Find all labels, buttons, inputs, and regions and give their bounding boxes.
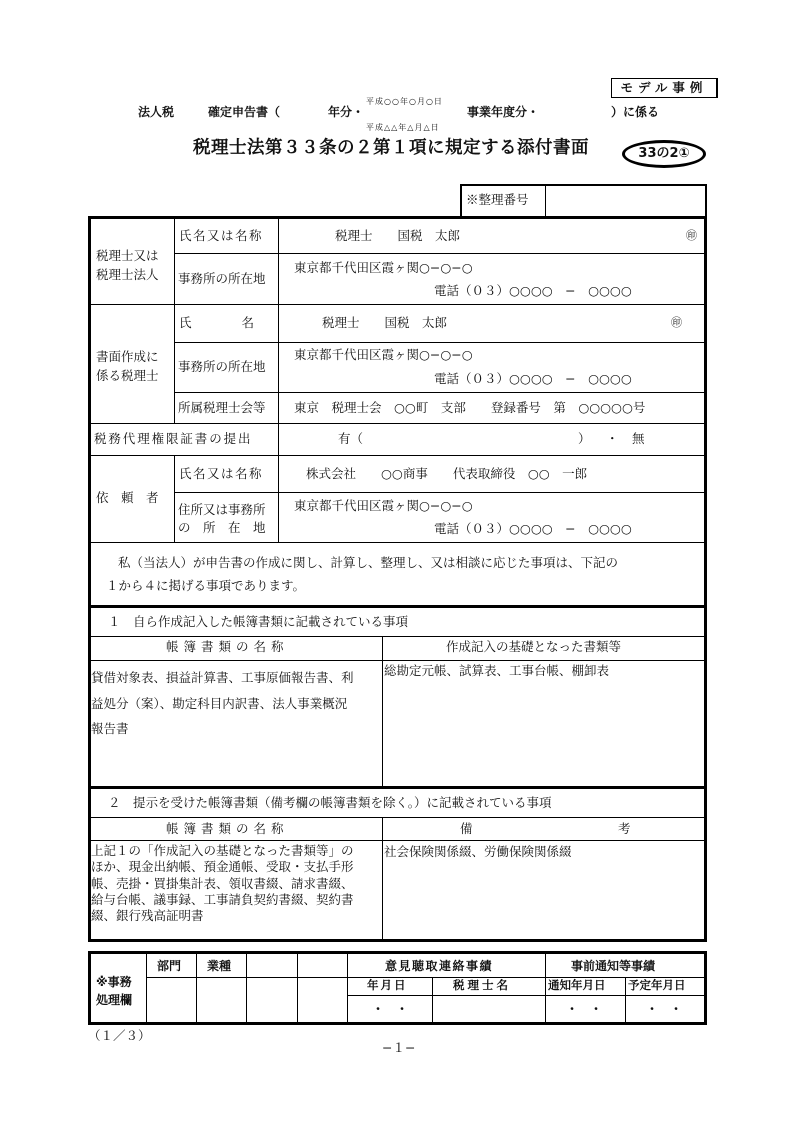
- notice-date-header: 通知年月日: [548, 980, 606, 992]
- client-name-value[interactable]: 株式会社 ○○商事 代表取締役 ○○ 一郎: [306, 468, 587, 481]
- section2-title: ２ 提示を受けた帳簿書類（備考欄の帳簿書類を除く。）に記載されている事項: [108, 797, 552, 810]
- period-start-date: 平成○○年○月○日: [366, 98, 443, 106]
- page-fraction: （１／３）: [88, 1030, 151, 1043]
- creator-phone-value[interactable]: 電話（０３）○○○○ − ○○○○: [434, 373, 632, 386]
- preparer-group-label-line1: 税理士又は: [96, 248, 159, 263]
- section2-book-names-line3: 帳、売掛・買掛集計表、領収書綴、請求書綴、: [91, 876, 354, 891]
- section2-col2-header-left: 備: [460, 823, 473, 836]
- scheduled-date-header: 予定年月日: [628, 980, 686, 992]
- hearing-name-header: 税理士名: [453, 980, 511, 992]
- office-use-label-line1: ※事務: [96, 975, 132, 989]
- preparer-address-label: 事務所の所在地: [178, 273, 266, 286]
- preparer-group-label-line2: 税理士法人: [96, 267, 159, 282]
- power-of-attorney-no[interactable]: 無: [632, 433, 645, 446]
- creator-association-value[interactable]: 東京 税理士会 ○○町 支部 登録番号 第 ○○○○○号: [294, 402, 645, 415]
- creator-seal-icon: ㊞: [671, 317, 682, 328]
- notice-date-field[interactable]: ・ ・: [566, 1003, 602, 1015]
- section1-book-names[interactable]: 貸借対象表、損益計算書、工事原価報告書、利 益処分（案）、勘定科目内訳書、法人事…: [91, 665, 354, 742]
- reference-number-label: ※整理番号: [466, 194, 529, 207]
- power-of-attorney-separator: ・: [606, 433, 619, 446]
- hearing-record-header: 意見聴取連絡事績: [385, 960, 493, 972]
- fiscal-year-label: 事業年度分・: [467, 106, 539, 118]
- department-header: 部門: [157, 960, 181, 972]
- client-address-label-line1: 住所又は事務所: [178, 502, 266, 517]
- section2-remarks[interactable]: 社会保険関係綴、労働保険関係綴: [384, 846, 572, 859]
- creator-group-label-line2: 係る税理士: [96, 368, 159, 383]
- client-address-label: 住所又は事務所 の 所 在 地: [178, 501, 266, 537]
- form-code-badge: 33の2①: [622, 140, 706, 168]
- client-address-value[interactable]: 東京都千代田区霞ヶ関○−○−○: [294, 500, 473, 513]
- section1-book-names-line1: 貸借対象表、損益計算書、工事原価報告書、利: [91, 670, 354, 685]
- section2-col2-header-right: 考: [618, 823, 631, 836]
- section2-col1-header: 帳簿書類の名称: [166, 823, 289, 836]
- client-address-label-line2: の 所 在 地: [178, 520, 266, 535]
- creator-group-label-line1: 書面作成に: [96, 349, 159, 364]
- section2-book-names[interactable]: 上記１の「作成記入の基礎となった書類等」の ほか、現金出納帳、預金通帳、受取・支…: [91, 843, 354, 924]
- hearing-date-field[interactable]: ・ ・: [372, 1003, 408, 1015]
- power-of-attorney-label: 税務代理権限証書の提出: [94, 433, 252, 446]
- reference-number-field[interactable]: [548, 187, 704, 215]
- section2-book-names-line2: ほか、現金出納帳、預金通帳、受取・支払手形: [91, 859, 354, 874]
- creator-association-label: 所属税理士会等: [178, 402, 266, 415]
- section1-source-documents[interactable]: 総勘定元帳、試算表、工事台帳、棚卸表: [384, 665, 609, 678]
- creator-name-label: 氏 名: [179, 317, 254, 330]
- creator-name-value[interactable]: 税理士 国税 太郎: [322, 317, 447, 330]
- creator-group-label: 書面作成に 係る税理士: [96, 347, 159, 386]
- advance-notice-header: 事前通知等事績: [571, 960, 655, 972]
- client-phone-value[interactable]: 電話（０３）○○○○ − ○○○○: [434, 523, 632, 536]
- tax-type-label: 法人税: [138, 106, 174, 118]
- creator-address-label: 事務所の所在地: [178, 361, 266, 374]
- section2-book-names-line1: 上記１の「作成記入の基礎となった書類等」の: [91, 843, 354, 858]
- power-of-attorney-yes[interactable]: 有（: [338, 433, 363, 446]
- preparer-name-label: 氏名又は名称: [179, 230, 263, 243]
- office-use-label: ※事務 処理欄: [96, 973, 132, 1009]
- section1-book-names-line2: 益処分（案）、勘定科目内訳書、法人事業概況: [91, 696, 347, 711]
- section1-title: １ 自ら作成記入した帳簿書類に記載されている事項: [108, 616, 408, 629]
- relates-to-label: ）に係る: [611, 106, 659, 118]
- section1-col2-header: 作成記入の基礎となった書類等: [446, 641, 621, 654]
- section1-book-names-line3: 報告書: [91, 721, 129, 736]
- section1-col1-header: 帳簿書類の名称: [166, 641, 289, 654]
- preparer-address-value[interactable]: 東京都千代田区霞ヶ関○−○−○: [294, 262, 473, 275]
- preparer-seal-icon: ㊞: [686, 230, 697, 241]
- page-number: −１−: [382, 1042, 415, 1055]
- preparer-name-value[interactable]: 税理士 国税 太郎: [335, 230, 460, 243]
- power-of-attorney-yes-close: ）: [578, 433, 591, 446]
- industry-header: 業種: [207, 960, 231, 972]
- return-type-label: 確定申告書（: [208, 106, 280, 118]
- section2-book-names-line4: 給与台帳、議事録、工事請負契約書綴、契約書: [91, 892, 354, 907]
- office-use-label-line2: 処理欄: [96, 993, 132, 1007]
- statement-line1: 私（当法人）が申告書の作成に関し、計算し、整理し、又は相談に応じた事項は、下記の: [118, 557, 618, 570]
- preparer-phone-value[interactable]: 電話（０３）○○○○ − ○○○○: [434, 285, 632, 298]
- year-part-label: 年分・: [328, 106, 364, 118]
- client-group-label: 依 頼 者: [96, 492, 159, 505]
- section2-book-names-line5: 綴、銀行残高証明書: [91, 908, 204, 923]
- hearing-date-header: 年月日: [367, 980, 408, 992]
- preparer-group-label: 税理士又は 税理士法人: [96, 246, 159, 285]
- model-case-badge: モデル事例: [611, 78, 718, 98]
- period-end-date: 平成△△年△月△日: [366, 124, 440, 132]
- statement-line2: １から４に掲げる事項であります。: [106, 580, 305, 593]
- page-title: 税理士法第３３条の２第１項に規定する添付書面: [193, 140, 589, 158]
- creator-address-value[interactable]: 東京都千代田区霞ヶ関○−○−○: [294, 349, 473, 362]
- hearing-name-field[interactable]: [434, 997, 544, 1022]
- scheduled-date-field[interactable]: ・ ・: [646, 1003, 682, 1015]
- client-name-label: 氏名又は名称: [179, 468, 263, 481]
